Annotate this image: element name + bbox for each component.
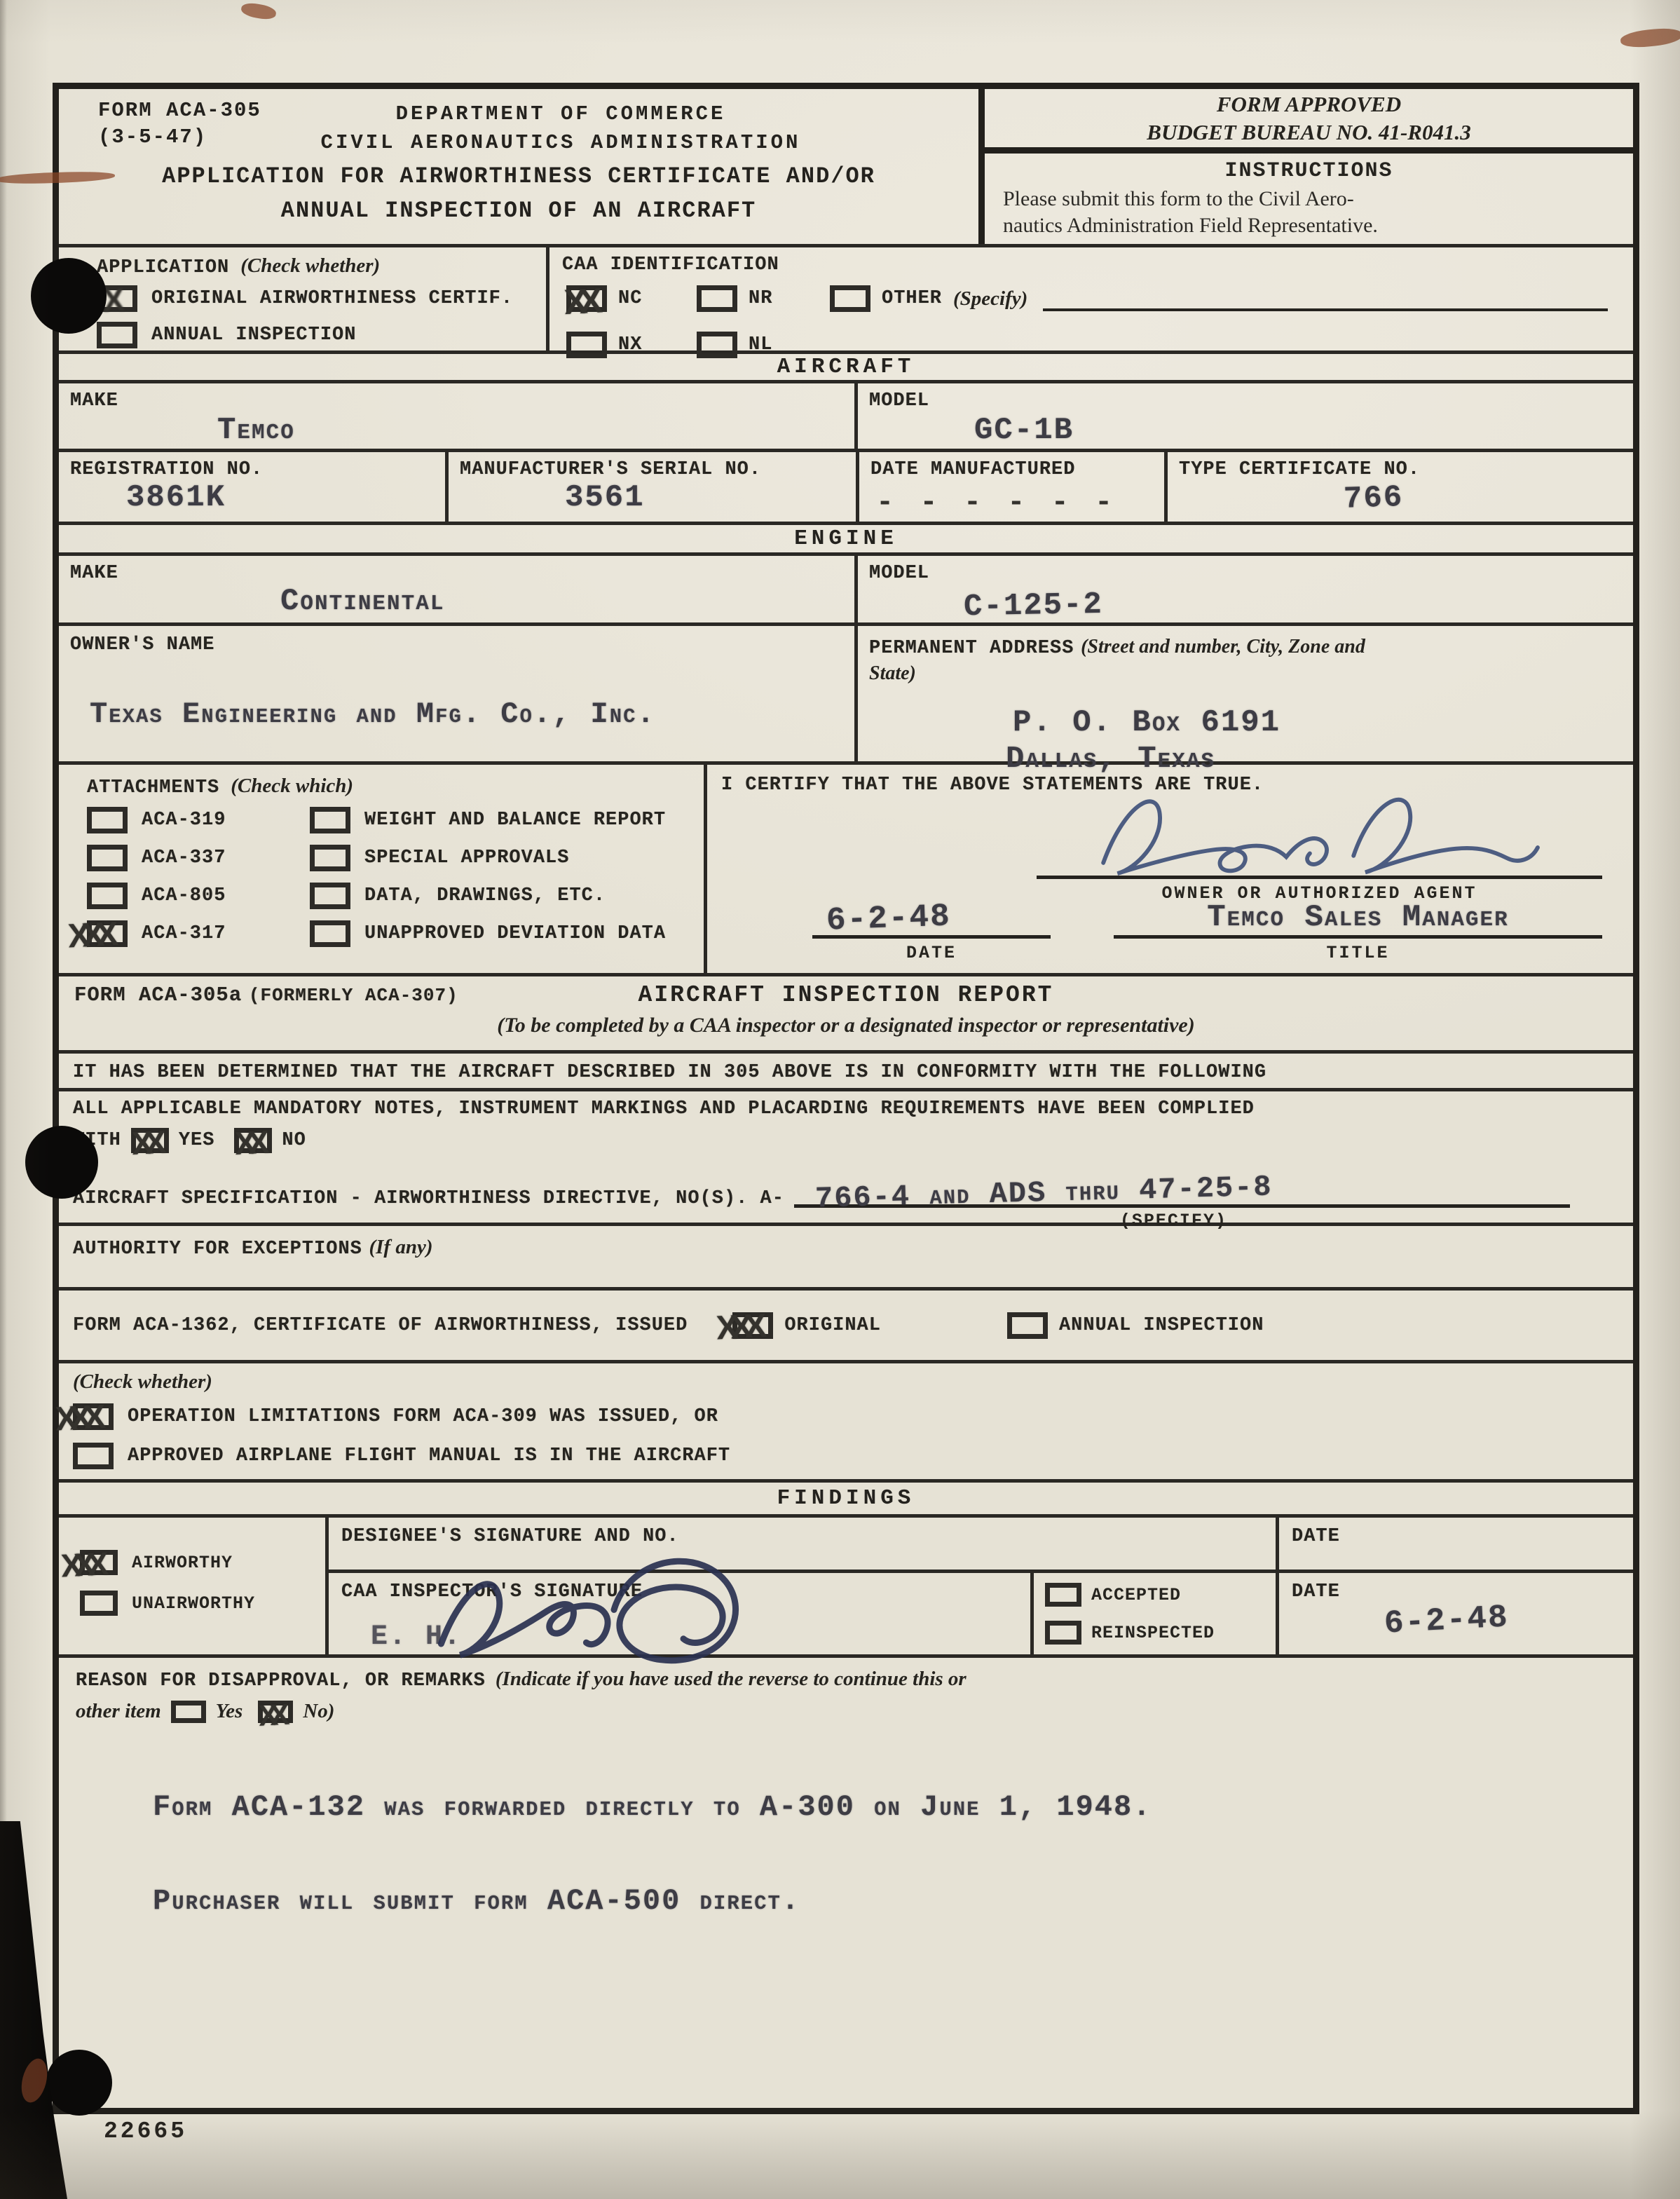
aircraft-model-value: GC-1B — [974, 413, 1622, 448]
issued-original-label: ORIGINAL — [784, 1315, 881, 1336]
annual-inspection-label: ANNUAL INSPECTION — [151, 325, 356, 346]
check-mark: XX — [234, 1123, 262, 1162]
engine-make-value: Continental — [280, 584, 843, 619]
owner-address-row: OWNER'S NAME Texas Engineering and Mfg. … — [59, 626, 1633, 765]
nl-label: NL — [749, 334, 772, 355]
caa-identification-label: CAA IDENTIFICATION — [562, 254, 779, 275]
owner-name-value: Texas Engineering and Mfg. Co., Inc. — [90, 697, 843, 731]
accepted-label: ACCEPTED — [1091, 1585, 1181, 1605]
engine-section-header: ENGINE — [59, 525, 1633, 556]
unairworthy-label: UNAIRWORTHY — [132, 1593, 255, 1614]
spec-label: AIRCRAFT SPECIFICATION - AIRWORTHINESS D… — [73, 1188, 784, 1209]
checkbox-flight-manual[interactable] — [73, 1443, 114, 1469]
serial-label: MANUFACTURER'S SERIAL NO. — [460, 459, 845, 480]
owner-signature-area: OWNER OR AUTHORIZED AGENT — [1037, 793, 1602, 904]
checkbox-unairworthy[interactable] — [80, 1591, 118, 1616]
designee-date-label: DATE — [1292, 1526, 1340, 1547]
attachments-cell: ATTACHMENTS (Check which) ACA-319 WEIGHT… — [59, 765, 707, 973]
findings-right: DESIGNEE'S SIGNATURE AND NO. DATE CAA IN… — [329, 1518, 1633, 1654]
nx-label: NX — [618, 334, 642, 355]
checkbox-issued-annual[interactable] — [1007, 1312, 1048, 1339]
inspection-date-cell: DATE 6-2-48 — [1276, 1573, 1633, 1654]
application-hint: (Check whether) — [240, 254, 380, 278]
checkbox-aca-805[interactable] — [87, 883, 128, 909]
serial-value: 3561 — [565, 480, 845, 515]
checkbox-nc[interactable]: XX — [566, 285, 607, 312]
check-mark: XXX — [716, 1307, 760, 1347]
aircraft-make-label: MAKE — [70, 390, 843, 411]
findings-table: XXX AIRWORTHY UNAIRWORTHY DESIGNEE'S SIG… — [59, 1518, 1633, 1658]
checkbox-reverse-no[interactable]: XX — [258, 1701, 293, 1723]
findings-section-title: FINDINGS — [777, 1486, 915, 1511]
no-label: NO — [282, 1130, 306, 1151]
reverse-yes-label: Yes — [216, 1700, 243, 1723]
engine-model-value: C-125-2 — [964, 578, 1623, 625]
checkbox-complied-no[interactable]: XX — [234, 1128, 272, 1153]
registration-label: REGISTRATION NO. — [70, 459, 434, 480]
checkbox-accepted[interactable] — [1045, 1583, 1081, 1607]
checkbox-airworthy[interactable]: XXX — [80, 1550, 118, 1575]
registration-cell: REGISTRATION NO. 3861K — [59, 452, 449, 522]
remarks-line2: Purchaser will submit form ACA-500 direc… — [153, 1884, 1616, 1918]
findings-section-header: FINDINGS — [59, 1483, 1633, 1518]
instructions-box: INSTRUCTIONS Please submit this form to … — [985, 154, 1633, 244]
inspector-row: CAA INSPECTOR'S SIGNATURE E. H. AC — [329, 1573, 1633, 1654]
application-cell: APPLICATION (Check whether) X ORIGINAL A… — [59, 247, 549, 350]
instructions-title: INSTRUCTIONS — [1003, 159, 1615, 183]
checkbox-unapproved-deviation[interactable] — [310, 920, 350, 947]
aircraft-model-cell: MODEL GC-1B — [858, 383, 1633, 449]
inspection-form-number: FORM ACA-305a (FORMERLY ACA-307) — [74, 983, 458, 1007]
agency-line2: CIVIL AERONAUTICS ADMINISTRATION — [143, 129, 978, 158]
checkbox-reverse-yes[interactable] — [171, 1701, 206, 1723]
checkbox-special-approvals[interactable] — [310, 845, 350, 871]
engine-model-cell: MODEL C-125-2 — [858, 556, 1633, 622]
engine-section-title: ENGINE — [794, 526, 898, 551]
header-left: FORM ACA-305 (3-5-47) DEPARTMENT OF COMM… — [59, 89, 978, 244]
accepted-cell: ACCEPTED REINSPECTED — [1030, 1573, 1276, 1654]
address-hint2: State) — [869, 661, 1622, 686]
owner-name-cell: OWNER'S NAME Texas Engineering and Mfg. … — [59, 626, 858, 761]
owner-signature[interactable] — [1079, 780, 1555, 892]
unapproved-deviation-label: UNAPPROVED DEVIATION DATA — [364, 923, 666, 944]
engine-make-cell: MAKE Continental — [59, 556, 858, 622]
application-section: APPLICATION (Check whether) X ORIGINAL A… — [59, 247, 1633, 354]
check-mark: XX — [130, 1123, 158, 1162]
date-manufactured-label: DATE MANUFACTURED — [870, 459, 1153, 480]
instructions-body-line1: Please submit this form to the Civil Aer… — [1003, 186, 1615, 212]
checkbox-other[interactable] — [830, 285, 870, 312]
owner-name-label: OWNER'S NAME — [70, 634, 843, 655]
inspection-report-subtitle: (To be completed by a CAA inspector or a… — [59, 1014, 1633, 1037]
spec-line[interactable]: 766-4 and ADS thru 47-25-8 (SPECIFY) — [794, 1177, 1570, 1208]
check-mark: XXX — [60, 1545, 102, 1585]
check-mark: XX — [564, 280, 596, 322]
date-manufactured-value: - - - - - - — [876, 486, 1153, 519]
authority-hint: (If any) — [369, 1236, 432, 1258]
certify-date-caption: DATE — [812, 943, 1051, 963]
rust-mark-top — [240, 1, 278, 21]
punch-hole-middle — [25, 1126, 98, 1199]
certify-title-line[interactable] — [1114, 935, 1602, 939]
checkbox-complied-yes[interactable]: XX — [131, 1128, 169, 1153]
certify-title-value: Temco Sales Manager — [1114, 900, 1602, 935]
aca-805-label: ACA-805 — [142, 885, 296, 906]
check-mark: XXX — [55, 1398, 99, 1438]
other-specify-line[interactable] — [1043, 286, 1608, 311]
check-whether-hint: (Check whether) — [73, 1370, 1619, 1394]
designee-signature-label: DESIGNEE'S SIGNATURE AND NO. — [341, 1526, 679, 1547]
inspection-date-label: DATE — [1292, 1581, 1340, 1602]
aca-1362-label: FORM ACA-1362, CERTIFICATE OF AIRWORTHIN… — [73, 1315, 688, 1336]
checkbox-nr[interactable] — [697, 285, 737, 312]
authority-row: AUTHORITY FOR EXCEPTIONS (If any) — [59, 1226, 1633, 1291]
serial-cell: MANUFACTURER'S SERIAL NO. 3561 — [449, 452, 859, 522]
checkbox-issued-original[interactable]: XXX — [732, 1312, 773, 1339]
issued-annual-label: ANNUAL INSPECTION — [1059, 1315, 1264, 1336]
operation-limitations-label: OPERATION LIMITATIONS FORM ACA-309 WAS I… — [128, 1406, 718, 1427]
engine-make-model-row: MAKE Continental MODEL C-125-2 — [59, 556, 1633, 626]
remarks-hint1: (Indicate if you have used the reverse t… — [496, 1668, 967, 1691]
address-line1: P. O. Box 6191 — [1013, 705, 1622, 740]
determined-statement: IT HAS BEEN DETERMINED THAT THE AIRCRAFT… — [73, 1062, 1266, 1083]
attachments-certify-row: ATTACHMENTS (Check which) ACA-319 WEIGHT… — [59, 765, 1633, 976]
attachments-label: ATTACHMENTS — [87, 777, 219, 798]
other-label: OTHER — [882, 288, 942, 309]
scanned-document-page: FORM ACA-305 (3-5-47) DEPARTMENT OF COMM… — [0, 0, 1680, 2199]
airworthy-label: AIRWORTHY — [132, 1553, 233, 1573]
checkbox-weight-balance[interactable] — [310, 807, 350, 833]
aircraft-model-label: MODEL — [869, 390, 1622, 411]
form-approved-box: FORM APPROVED BUDGET BUREAU NO. 41-R041.… — [985, 89, 1633, 154]
owner-address-cell: PERMANENT ADDRESS (Street and number, Ci… — [858, 626, 1633, 761]
flight-manual-label: APPROVED AIRPLANE FLIGHT MANUAL IS IN TH… — [128, 1445, 730, 1466]
application-label: APPLICATION — [97, 257, 229, 278]
reinspected-label: REINSPECTED — [1091, 1623, 1215, 1643]
aircraft-section-header: AIRCRAFT — [59, 354, 1633, 383]
check-mark: XX — [258, 1698, 282, 1733]
aca-1362-row: FORM ACA-1362, CERTIFICATE OF AIRWORTHIN… — [59, 1291, 1633, 1363]
aca-337-label: ACA-337 — [142, 847, 296, 869]
findings-verdict-cell: XXX AIRWORTHY UNAIRWORTHY — [59, 1518, 329, 1654]
inspector-signature-cell[interactable]: CAA INSPECTOR'S SIGNATURE E. H. — [329, 1573, 1030, 1654]
nc-label: NC — [618, 288, 642, 309]
certify-date-value: 6-2-48 — [826, 894, 1051, 939]
agency-name: DEPARTMENT OF COMMERCE CIVIL AERONAUTICS… — [143, 100, 978, 157]
checkbox-reinspected[interactable] — [1045, 1621, 1081, 1645]
certify-title-group: Temco Sales Manager TITLE — [1114, 900, 1602, 963]
engine-make-label: MAKE — [70, 563, 843, 584]
aircraft-registration-row: REGISTRATION NO. 3861K MANUFACTURER'S SE… — [59, 452, 1633, 525]
serial-stamp: 22665 — [104, 2118, 187, 2144]
agency-line1: DEPARTMENT OF COMMERCE — [143, 100, 978, 129]
checkbox-aca-317[interactable]: XXX — [87, 920, 128, 947]
aircraft-section-title: AIRCRAFT — [777, 355, 915, 379]
aca-317-label: ACA-317 — [142, 923, 296, 944]
caa-identification-cell: CAA IDENTIFICATION XX NC NR OTHER (Speci… — [549, 247, 1633, 350]
inspection-date-value: 6-2-48 — [1384, 1599, 1510, 1642]
determined-row: IT HAS BEEN DETERMINED THAT THE AIRCRAFT… — [59, 1054, 1633, 1091]
address-hint1: (Street and number, City, Zone and — [1081, 636, 1365, 658]
type-certificate-cell: TYPE CERTIFICATE NO. 766 — [1168, 452, 1633, 522]
nr-label: NR — [749, 288, 772, 309]
inspection-formerly: (FORMERLY ACA-307) — [249, 985, 458, 1006]
form-header: FORM ACA-305 (3-5-47) DEPARTMENT OF COMM… — [59, 89, 1633, 247]
aircraft-make-value: Temco — [217, 413, 843, 448]
inspector-signature[interactable] — [406, 1549, 784, 1675]
address-label: PERMANENT ADDRESS — [869, 638, 1074, 659]
spec-value: 766-4 and ADS thru 47-25-8 — [814, 1170, 1273, 1216]
checkbox-aca-319[interactable] — [87, 807, 128, 833]
checkbox-annual-inspection[interactable] — [97, 322, 137, 348]
aircraft-make-model-row: MAKE Temco MODEL GC-1B — [59, 383, 1633, 452]
special-approvals-label: SPECIAL APPROVALS — [364, 847, 569, 869]
form-approved-line1: FORM APPROVED — [1217, 92, 1401, 117]
checkbox-operation-limitations[interactable]: XXX — [73, 1403, 114, 1430]
certify-cell: I CERTIFY THAT THE ABOVE STATEMENTS ARE … — [707, 765, 1633, 973]
attachments-hint: (Check which) — [231, 775, 353, 798]
original-airworthiness-label: ORIGINAL AIRWORTHINESS CERTIF. — [151, 288, 513, 309]
registration-value: 3861K — [126, 480, 434, 515]
operation-limitations-row: (Check whether) XXX OPERATION LIMITATION… — [59, 1363, 1633, 1483]
date-manufactured-cell: DATE MANUFACTURED - - - - - - — [859, 452, 1168, 522]
designee-date-cell[interactable]: DATE — [1276, 1518, 1633, 1570]
remarks-row: REASON FOR DISAPPROVAL, OR REMARKS (Indi… — [59, 1658, 1633, 2108]
rust-mark-top-right — [1620, 26, 1680, 49]
certify-date-group: 6-2-48 DATE — [812, 899, 1051, 963]
remarks-line1: Form ACA-132 was forwarded directly to A… — [153, 1790, 1616, 1824]
reverse-no-label: No) — [303, 1700, 334, 1723]
remarks-hint2: other item — [76, 1700, 161, 1723]
certify-title-caption: TITLE — [1114, 943, 1602, 963]
inspection-form-no: FORM ACA-305a — [74, 983, 242, 1007]
weight-balance-label: WEIGHT AND BALANCE REPORT — [364, 810, 666, 831]
check-mark: XXX — [67, 915, 111, 955]
remarks-label: REASON FOR DISAPPROVAL, OR REMARKS — [76, 1670, 486, 1691]
data-drawings-label: DATA, DRAWINGS, ETC. — [364, 885, 606, 906]
other-specify-hint: (Specify) — [953, 287, 1027, 311]
instructions-body-line2: nautics Administration Field Representat… — [1003, 212, 1615, 239]
page-title-line2: ANNUAL INSPECTION OF AN AIRCRAFT — [59, 193, 978, 229]
complied-spec-row: ALL APPLICABLE MANDATORY NOTES, INSTRUME… — [59, 1091, 1633, 1226]
page-title: APPLICATION FOR AIRWORTHINESS CERTIFICAT… — [59, 159, 978, 229]
inspection-report-header: FORM ACA-305a (FORMERLY ACA-307) AIRCRAF… — [59, 976, 1633, 1054]
punch-hole-top — [31, 258, 107, 334]
page-title-line1: APPLICATION FOR AIRWORTHINESS CERTIFICAT… — [59, 159, 978, 194]
aircraft-make-cell: MAKE Temco — [59, 383, 858, 449]
punch-hole-bottom — [46, 2050, 112, 2116]
yes-label: YES — [179, 1130, 215, 1151]
header-right: FORM APPROVED BUDGET BUREAU NO. 41-R041.… — [978, 89, 1633, 244]
complied-statement: ALL APPLICABLE MANDATORY NOTES, INSTRUME… — [73, 1098, 1619, 1119]
checkbox-aca-337[interactable] — [87, 845, 128, 871]
aca-305-form: FORM ACA-305 (3-5-47) DEPARTMENT OF COMM… — [53, 83, 1639, 2114]
checkbox-data-drawings[interactable] — [310, 883, 350, 909]
authority-label: AUTHORITY FOR EXCEPTIONS — [73, 1239, 362, 1260]
aca-319-label: ACA-319 — [142, 810, 296, 831]
form-approved-line2: BUDGET BUREAU NO. 41-R041.3 — [1147, 120, 1470, 145]
left-edge-shadow — [0, 0, 7, 1837]
